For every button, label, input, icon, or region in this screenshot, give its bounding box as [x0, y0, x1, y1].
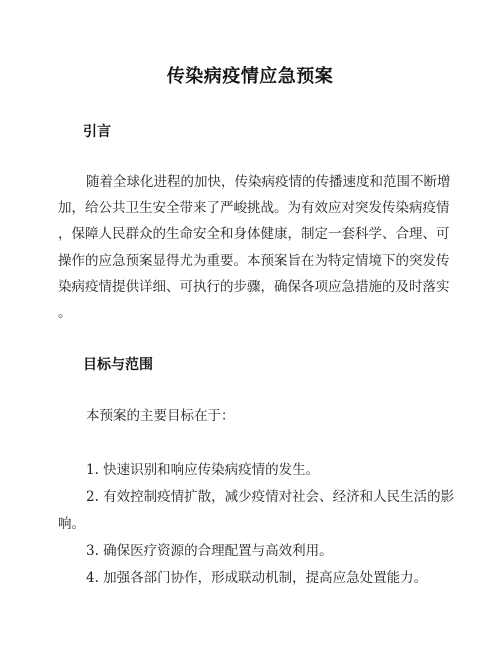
- document-title: 传染病疫情应急预案: [0, 62, 500, 88]
- section-heading-goals-scope: 目标与范围: [83, 354, 153, 374]
- section-heading-introduction: 引言: [83, 121, 111, 141]
- intro-paragraph-line: ，保障人民群众的生命安全和身体健康，制定一套科学、合理、可: [58, 222, 450, 242]
- intro-paragraph-line: 。: [58, 301, 72, 321]
- goal-item: 4. 加强各部门协作，形成联动机制，提高应急处置能力。: [86, 566, 427, 586]
- goals-intro: 本预案的主要目标在于：: [86, 404, 235, 424]
- goal-item: 2. 有效控制疫情扩散，减少疫情对社会、经济和人民生活的影: [86, 485, 454, 505]
- goal-item: 3. 确保医疗资源的合理配置与高效利用。: [86, 539, 333, 559]
- intro-paragraph-line: 随着全球化进程的加快，传染病疫情的传播速度和范围不断增: [86, 170, 451, 190]
- intro-paragraph-line: 染病疫情提供详细、可执行的步骤，确保各项应急措施的及时落实: [58, 275, 450, 295]
- goal-item: 1. 快速识别和响应传染病疫情的发生。: [86, 458, 319, 478]
- goal-item-continuation: 响。: [58, 512, 85, 532]
- intro-paragraph-line: 操作的应急预案显得尤为重要。本预案旨在为特定情境下的突发传: [58, 249, 450, 269]
- document-page: 传染病疫情应急预案 引言 随着全球化进程的加快，传染病疫情的传播速度和范围不断增…: [0, 0, 500, 647]
- intro-paragraph-line: 加，给公共卫生安全带来了严峻挑战。为有效应对突发传染病疫情: [58, 196, 450, 216]
